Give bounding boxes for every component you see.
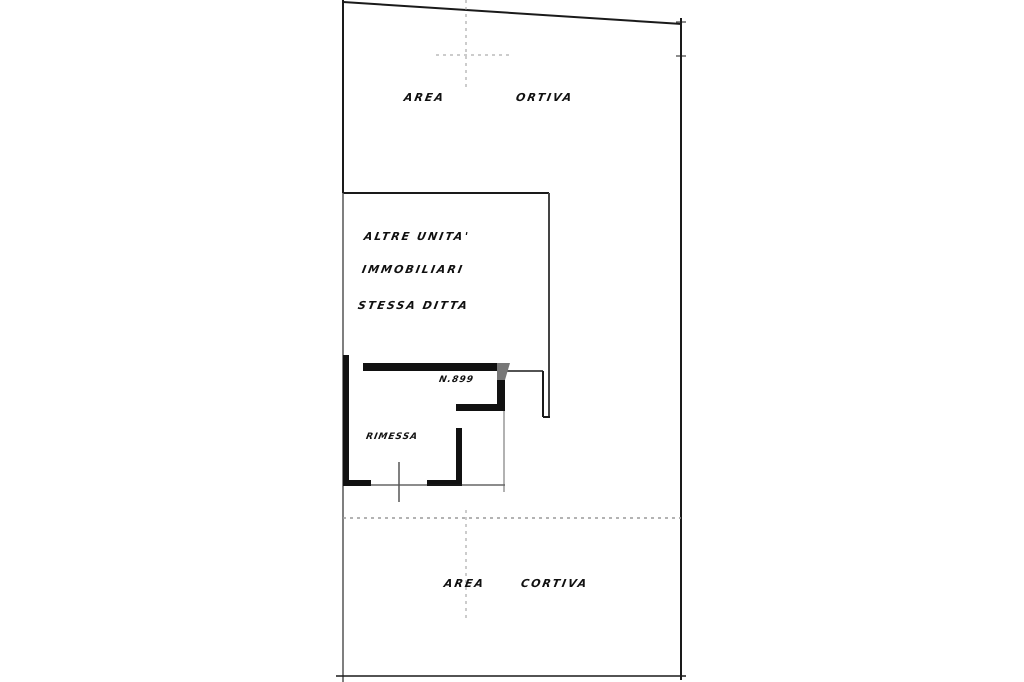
room-number-label: N.899 bbox=[438, 375, 475, 385]
other-units-label-line2: IMMOBILIARI bbox=[361, 263, 465, 276]
garage-thin-lines bbox=[370, 411, 505, 502]
other-units-block bbox=[505, 193, 550, 417]
area-cortiva-label-1: AREA bbox=[443, 577, 486, 590]
floor-plan-drawing bbox=[0, 0, 1024, 682]
property-boundary bbox=[336, 0, 686, 682]
other-units-label-line1: ALTRE UNITA' bbox=[363, 230, 471, 243]
area-cortiva-label-2: CORTIVA bbox=[520, 577, 590, 590]
area-ortiva-label-2: ORTIVA bbox=[515, 91, 574, 104]
garage-walls bbox=[343, 355, 510, 486]
area-ortiva-label-1: AREA bbox=[403, 91, 446, 104]
other-units-label-line3: STESSA DITTA bbox=[357, 299, 470, 312]
room-name-label: RIMESSA bbox=[365, 432, 419, 442]
